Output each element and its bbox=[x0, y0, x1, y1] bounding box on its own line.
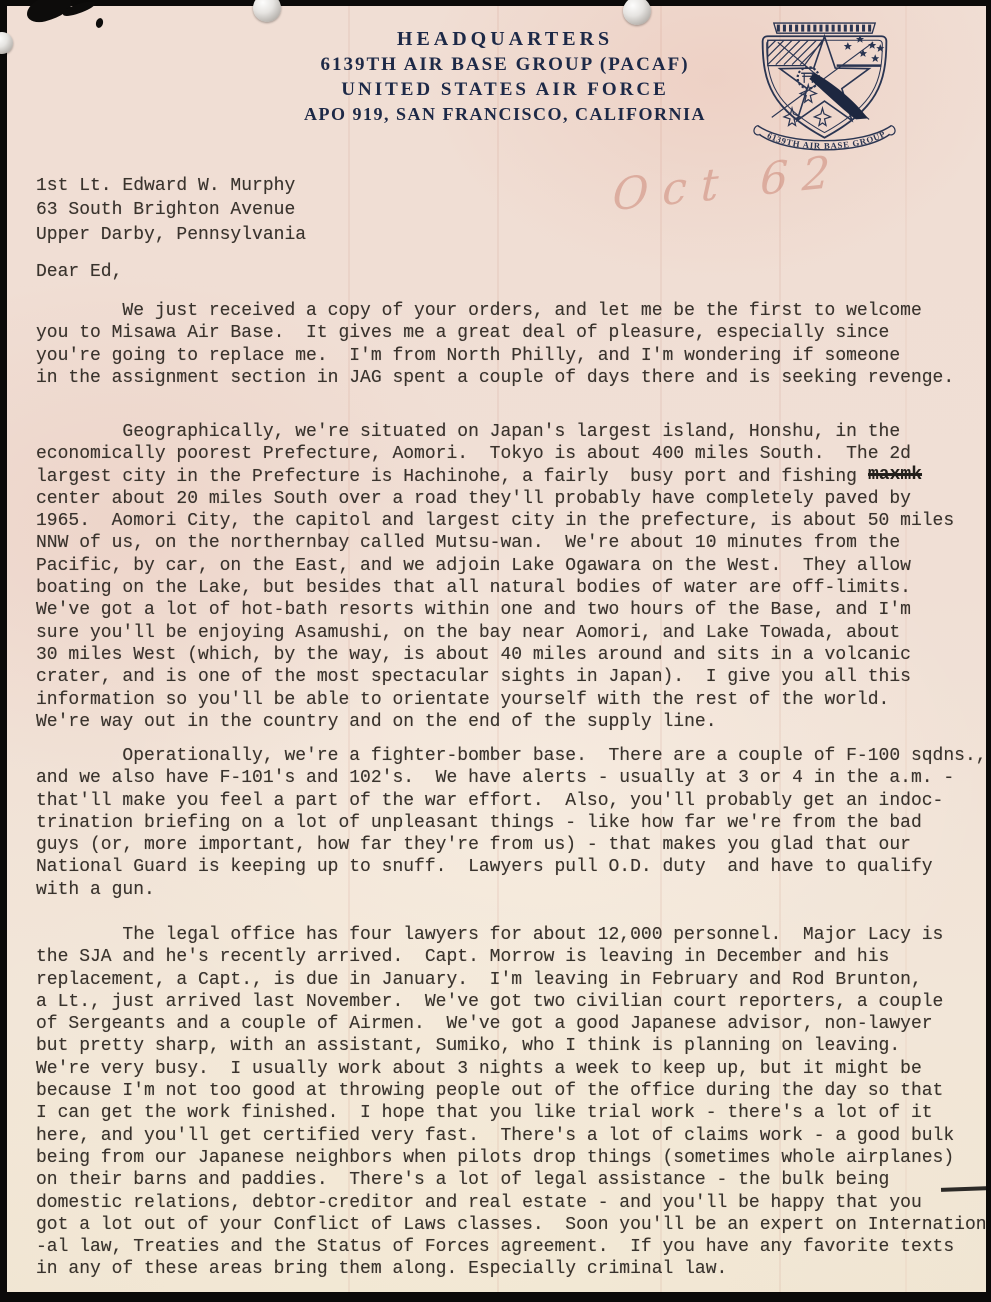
body-paragraph-1: We just received a copy of your orders, … bbox=[36, 300, 954, 389]
emblem-top-scroll bbox=[774, 23, 875, 33]
letterhead-headquarters: HEADQUARTERS bbox=[180, 27, 830, 52]
letterhead-apo-address: APO 919, SAN FRANCISCO, CALIFORNIA bbox=[180, 102, 830, 127]
scan-border-top bbox=[0, 0, 991, 6]
body-paragraph-3: Operationally, we're a fighter-bomber ba… bbox=[36, 745, 987, 901]
punch-hole bbox=[0, 32, 13, 54]
scan-border-left bbox=[0, 0, 7, 1302]
recipient-name: 1st Lt. Edward W. Murphy bbox=[36, 176, 295, 196]
punch-hole bbox=[623, 0, 651, 25]
letter-page: HEADQUARTERS 6139TH AIR BASE GROUP (PACA… bbox=[0, 0, 991, 1302]
punch-hole bbox=[253, 0, 281, 22]
letterhead: HEADQUARTERS 6139TH AIR BASE GROUP (PACA… bbox=[180, 27, 830, 127]
struck-out-word: maxmk bbox=[868, 465, 922, 485]
body-paragraph-2: Geographically, we're situated on Japan'… bbox=[36, 421, 954, 733]
scan-border-right bbox=[986, 0, 991, 1302]
emblem-hatched-canton bbox=[768, 40, 823, 65]
scan-border-bottom bbox=[0, 1292, 991, 1302]
recipient-city: Upper Darby, Pennsylvania bbox=[36, 225, 306, 245]
letterhead-service: UNITED STATES AIR FORCE bbox=[180, 77, 830, 102]
recipient-address: 1st Lt. Edward W. Murphy 63 South Bright… bbox=[36, 174, 306, 247]
ink-blot bbox=[95, 17, 104, 28]
body-paragraph-4: The legal office has four lawyers for ab… bbox=[36, 924, 987, 1281]
unit-emblem: 6139TH AIR BASE GROUP bbox=[742, 20, 907, 162]
emblem-comet bbox=[809, 73, 868, 120]
salutation: Dear Ed, bbox=[36, 260, 122, 284]
recipient-street: 63 South Brighton Avenue bbox=[36, 200, 295, 220]
letterhead-unit: 6139TH AIR BASE GROUP (PACAF) bbox=[180, 52, 830, 77]
